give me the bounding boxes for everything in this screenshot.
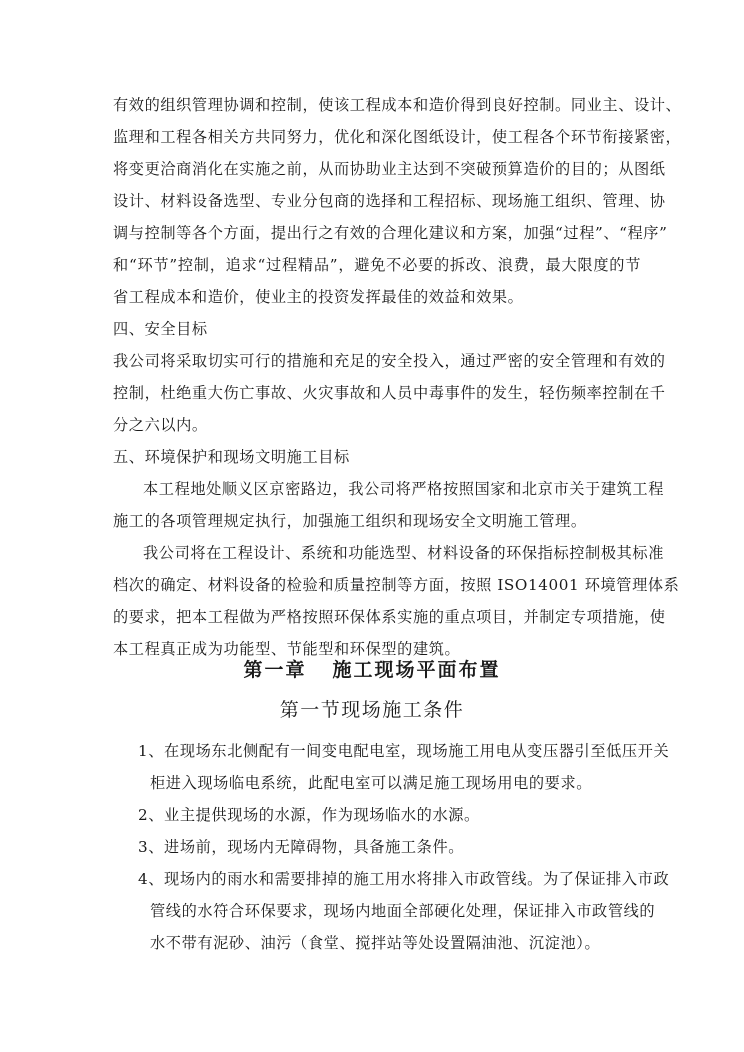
text-line: 和“环节”控制，追求“过程精品”，避免不必要的拆改、浪费，最大限度的节 [113, 249, 641, 281]
text-line: 分之六以内。 [113, 409, 641, 441]
text-line: 省工程成本和造价，使业主的投资发挥最佳的效益和效果。 [113, 281, 641, 313]
list-item-line: 柜进入现场临电系统，此配电室可以满足施工现场用电的要求。 [138, 767, 642, 799]
text-line: 设计、材料设备选型、专业分包商的选择和工程招标、现场施工组织、管理、协 [113, 185, 641, 217]
list-item: 3、进场前，现场内无障碍物，具备施工条件。 [138, 831, 642, 863]
text-line: 调与控制等各个方面，提出行之有效的合理化建议和方案，加强“过程”、“程序” [113, 217, 641, 249]
document-page: 有效的组织管理协调和控制，使该工程成本和造价得到良好控制。同业主、设计、 监理和… [0, 0, 744, 1052]
list-item: 1、在现场东北侧配有一间变电配电室，现场施工用电从变压器引至低压开关 柜进入现场… [138, 735, 642, 799]
chapter-title: 施工现场平面布置 [333, 659, 501, 681]
text-line: 我公司将在工程设计、系统和功能选型、材料设备的环保指标控制极其标准 [113, 537, 641, 569]
body-text: 有效的组织管理协调和控制，使该工程成本和造价得到良好控制。同业主、设计、 监理和… [113, 89, 641, 665]
chapter-number: 第一章 [243, 659, 306, 681]
text-line: 监理和工程各相关方共同努力，优化和深化图纸设计，使工程各个环节衔接紧密， [113, 121, 641, 153]
intro-paragraph: 有效的组织管理协调和控制，使该工程成本和造价得到良好控制。同业主、设计、 监理和… [113, 89, 641, 313]
section-title: 第一节现场施工条件 [0, 692, 744, 728]
text-line: 控制，杜绝重大伤亡事故、火灾事故和人员中毒事件的发生，轻伤频率控制在千 [113, 377, 641, 409]
text-line: 有效的组织管理协调和控制，使该工程成本和造价得到良好控制。同业主、设计、 [113, 89, 641, 121]
list-item-line: 1、在现场东北侧配有一间变电配电室，现场施工用电从变压器引至低压开关 [138, 735, 642, 767]
environment-paragraph-1: 本工程地处顺义区京密路边，我公司将严格按照国家和北京市关于建筑工程 施工的各项管… [113, 473, 641, 537]
text-line: 我公司将采取切实可行的措施和充足的安全投入，通过严密的安全管理和有效的 [113, 345, 641, 377]
text-line: 本工程地处顺义区京密路边，我公司将严格按照国家和北京市关于建筑工程 [113, 473, 641, 505]
list-item: 4、现场内的雨水和需要排掉的施工用水将排入市政管线。为了保证排入市政 管线的水符… [138, 863, 642, 959]
text-line: 的要求，把本工程做为严格按照环保体系实施的重点项目，并制定专项措施，使 [113, 601, 641, 633]
list-item-line: 4、现场内的雨水和需要排掉的施工用水将排入市政管线。为了保证排入市政 [138, 863, 642, 895]
list-item-line: 水不带有泥砂、油污（食堂、搅拌站等处设置隔油池、沉淀池）。 [138, 927, 642, 959]
list-item: 2、业主提供现场的水源，作为现场临水的水源。 [138, 799, 642, 831]
section-heading-environment: 五、环境保护和现场文明施工目标 [113, 441, 641, 473]
conditions-list: 1、在现场东北侧配有一间变电配电室，现场施工用电从变压器引至低压开关 柜进入现场… [138, 735, 642, 959]
section-heading-safety: 四、安全目标 [113, 313, 641, 345]
text-line: 档次的确定、材料设备的检验和质量控制等方面，按照 ISO14001 环境管理体系 [113, 569, 641, 601]
environment-paragraph-2: 我公司将在工程设计、系统和功能选型、材料设备的环保指标控制极其标准 档次的确定、… [113, 537, 641, 665]
safety-paragraph: 我公司将采取切实可行的措施和充足的安全投入，通过严密的安全管理和有效的 控制，杜… [113, 345, 641, 441]
text-line: 施工的各项管理规定执行，加强施工组织和现场安全文明施工管理。 [113, 505, 641, 537]
list-item-line: 2、业主提供现场的水源，作为现场临水的水源。 [138, 799, 642, 831]
list-item-line: 管线的水符合环保要求，现场内地面全部硬化处理，保证排入市政管线的 [138, 895, 642, 927]
chapter-heading: 第一章施工现场平面布置 [0, 652, 744, 688]
text-line: 将变更洽商消化在实施之前，从而协助业主达到不突破预算造价的目的；从图纸 [113, 153, 641, 185]
list-item-line: 3、进场前，现场内无障碍物，具备施工条件。 [138, 831, 642, 863]
